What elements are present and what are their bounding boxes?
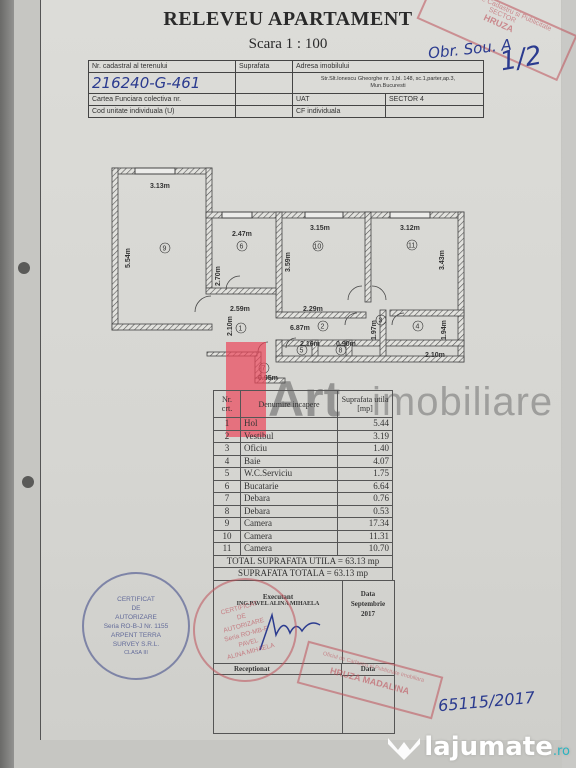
stamp-line: ARPENT TERRA (111, 631, 161, 640)
stamp-line: SURVEY S.R.L. (113, 640, 159, 649)
row-denumire: Oficiu (241, 443, 338, 456)
row-nr: 3 (214, 443, 241, 456)
svg-text:6.87m: 6.87m (290, 325, 310, 332)
svg-text:1: 1 (239, 326, 243, 333)
row-nr: 2 (214, 430, 241, 443)
row-nr: 7 (214, 493, 241, 506)
svg-text:10: 10 (314, 244, 322, 251)
punch-hole (22, 476, 34, 488)
svg-text:2.59m: 2.59m (230, 306, 250, 313)
svg-text:3.15m: 3.15m (310, 225, 330, 232)
data-year: 2017 (342, 609, 394, 619)
row-suprafata: 1.75 (338, 468, 393, 481)
table-row: 7Debara0.76 (214, 493, 393, 506)
lajumate-watermark: lajumate .ro (384, 732, 570, 762)
header-denumire: Denumire incapere (241, 391, 338, 418)
stamp-line: AUTORIZARE (115, 613, 157, 622)
row-denumire: Baie (241, 455, 338, 468)
table-row: 1Hol5.44 (214, 418, 393, 431)
svg-text:2.70m: 2.70m (215, 266, 222, 286)
table-row: 3Oficiu1.40 (214, 443, 393, 456)
row-denumire: Hol (241, 418, 338, 431)
svg-text:11: 11 (408, 243, 415, 250)
row-nr: 6 (214, 480, 241, 493)
svg-text:5.54m: 5.54m (125, 248, 132, 268)
row-suprafata: 5.44 (338, 418, 393, 431)
svg-text:5: 5 (300, 348, 304, 355)
left-round-stamp: CERTIFICAT DE AUTORIZARE Seria RO-B-J Nr… (82, 572, 190, 680)
row-suprafata: 4.07 (338, 455, 393, 468)
svg-text:2.29m: 2.29m (303, 306, 323, 313)
row-nr: 9 (214, 518, 241, 531)
svg-text:3.59m: 3.59m (285, 252, 292, 272)
lajumate-logo-icon (384, 732, 424, 762)
svg-text:3.13m: 3.13m (150, 183, 170, 190)
watermark-imobiliare: imobiliare (372, 380, 553, 425)
stamp-line: CLASA III (124, 649, 148, 658)
svg-text:2.47m: 2.47m (232, 231, 252, 238)
table-row: 9Camera17.34 (214, 518, 393, 531)
table-row: 11Camera10.70 (214, 543, 393, 556)
table-row: 4Baie4.07 (214, 455, 393, 468)
row-denumire: Camera (241, 518, 338, 531)
svg-text:3.12m: 3.12m (400, 225, 420, 232)
row-denumire: Debara (241, 505, 338, 518)
row-suprafata: 0.53 (338, 505, 393, 518)
brand-tld: .ro (553, 744, 570, 759)
floor-plan: 3.13m 2.47m 3.15m 3.12m 2.59m 2.29m 6.87… (0, 0, 576, 390)
row-denumire: Bucatarie (241, 480, 338, 493)
row-suprafata: 10.70 (338, 543, 393, 556)
header-nr: Nr. crt. (214, 391, 241, 418)
row-suprafata: 0.76 (338, 493, 393, 506)
stamp-line: Seria RO-B-J Nr. 1155 (104, 622, 169, 631)
table-row: 10Camera11.31 (214, 530, 393, 543)
data-label: Data (342, 589, 394, 599)
svg-text:9: 9 (163, 246, 167, 253)
total-utila: TOTAL SUPRAFATA UTILA = 63.13 mp (214, 555, 393, 568)
svg-text:2.10m: 2.10m (227, 316, 234, 336)
row-suprafata: 17.34 (338, 518, 393, 531)
brand-name: lajumate (424, 732, 553, 762)
row-nr: 10 (214, 530, 241, 543)
row-nr: 5 (214, 468, 241, 481)
row-denumire: W.C.Serviciu (241, 468, 338, 481)
row-suprafata: 11.31 (338, 530, 393, 543)
row-suprafata: 6.64 (338, 480, 393, 493)
header-suprafata: Suprafata utila [mp] (338, 391, 393, 418)
table-row: 2Vestibul3.19 (214, 430, 393, 443)
row-suprafata: 1.40 (338, 443, 393, 456)
row-nr: 1 (214, 418, 241, 431)
row-denumire: Camera (241, 530, 338, 543)
svg-text:4: 4 (416, 324, 420, 331)
svg-text:1.94m: 1.94m (441, 320, 448, 340)
row-nr: 11 (214, 543, 241, 556)
stamp-line: DE (131, 604, 140, 613)
svg-text:2.10m: 2.10m (425, 352, 445, 359)
data-month: Septembrie (342, 599, 394, 609)
svg-text:3: 3 (379, 318, 383, 325)
row-denumire: Camera (241, 543, 338, 556)
stamp-line: CERTIFICAT (117, 595, 155, 604)
rooms-table: Nr. crt. Denumire incapere Suprafata uti… (213, 390, 393, 581)
row-nr: 4 (214, 455, 241, 468)
table-row: 5W.C.Serviciu1.75 (214, 468, 393, 481)
row-denumire: Vestibul (241, 430, 338, 443)
svg-text:8: 8 (339, 348, 343, 355)
table-row: 8Debara0.53 (214, 505, 393, 518)
svg-text:6: 6 (240, 244, 244, 251)
row-nr: 8 (214, 505, 241, 518)
table-row: 6Bucatarie6.64 (214, 480, 393, 493)
svg-text:2: 2 (321, 324, 325, 331)
row-suprafata: 3.19 (338, 430, 393, 443)
row-denumire: Debara (241, 493, 338, 506)
svg-text:3.43m: 3.43m (439, 250, 446, 270)
